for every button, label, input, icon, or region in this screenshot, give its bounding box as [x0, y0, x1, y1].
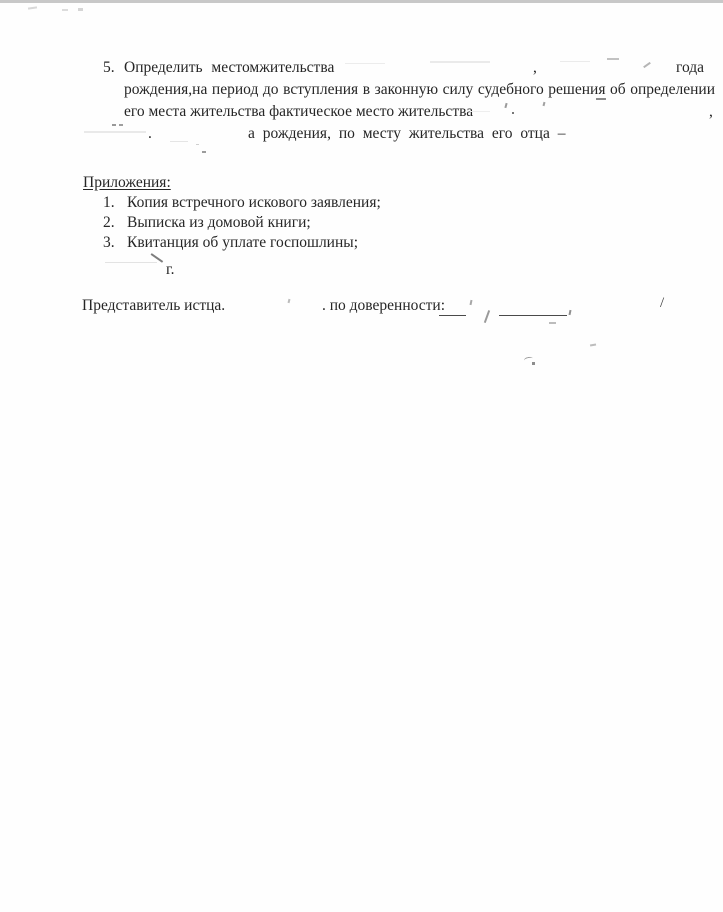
- attachment-item-number: 3.: [103, 234, 115, 252]
- signature-slash: /: [660, 295, 664, 312]
- scan-artifact: [543, 102, 546, 106]
- scanned-document-page: 5. Определить местомжительства , года ро…: [0, 0, 723, 912]
- scan-artifact: [470, 300, 473, 305]
- clause-intro-text: Определить местомжительства: [124, 59, 334, 77]
- scan-artifact: [202, 151, 206, 153]
- scan-artifact: [484, 310, 490, 323]
- clause-line4-text: а рождения, по месту жительства его отца…: [248, 125, 565, 143]
- redacted-comma: ,: [709, 103, 713, 121]
- scan-artifact: [105, 262, 157, 263]
- scan-artifact: [78, 8, 83, 11]
- scan-artifact: [569, 310, 572, 315]
- clause-5-line-2: рождения,на период до вступления в закон…: [124, 81, 715, 99]
- attachment-item-text: Квитанция об уплате госпошлины;: [127, 234, 358, 252]
- attachment-item-number: 2.: [103, 214, 115, 232]
- scan-artifact: [512, 112, 514, 114]
- scan-artifact: [62, 9, 68, 11]
- scan-artifact: [170, 141, 188, 142]
- attachment-item-text: Выписка из домовой книги;: [127, 214, 311, 232]
- scan-artifact: [345, 63, 385, 64]
- scan-artifact: [549, 322, 556, 324]
- scan-artifact: [643, 62, 651, 68]
- scan-artifact: [119, 124, 123, 126]
- scan-artifact: [28, 6, 37, 9]
- scan-artifact: [560, 61, 590, 62]
- signature-blank-long: [499, 301, 567, 316]
- scan-artifact: [532, 362, 535, 365]
- scan-artifact: [596, 98, 606, 100]
- erased-period-mark: .: [148, 125, 152, 143]
- date-suffix: г.: [166, 261, 174, 279]
- scan-artifact: [84, 131, 146, 133]
- scan-artifact: [607, 58, 619, 60]
- scan-artifact: [590, 343, 596, 346]
- scan-artifact: [112, 124, 116, 126]
- attachment-item-number: 1.: [103, 194, 115, 212]
- signature-blank-short: [439, 301, 466, 316]
- scan-artifact: [504, 103, 507, 108]
- attachments-heading: Приложения:: [83, 174, 171, 192]
- scan-artifact: [470, 111, 490, 112]
- clause-line3-text: его места жительства фактическое место ж…: [124, 103, 473, 121]
- scan-artifact: [288, 299, 291, 303]
- attachment-item-text: Копия встречного искового заявления;: [127, 194, 381, 212]
- attorney-text: . по доверенности:: [322, 297, 445, 315]
- clause-number: 5.: [103, 59, 115, 77]
- scan-artifact: [430, 61, 490, 63]
- scan-edge-strip: [0, 0, 723, 3]
- redacted-comma: ,: [533, 59, 537, 77]
- signature-label: Представитель истца.: [82, 297, 225, 315]
- year-word: года: [676, 59, 704, 77]
- scan-artifact: [196, 144, 199, 145]
